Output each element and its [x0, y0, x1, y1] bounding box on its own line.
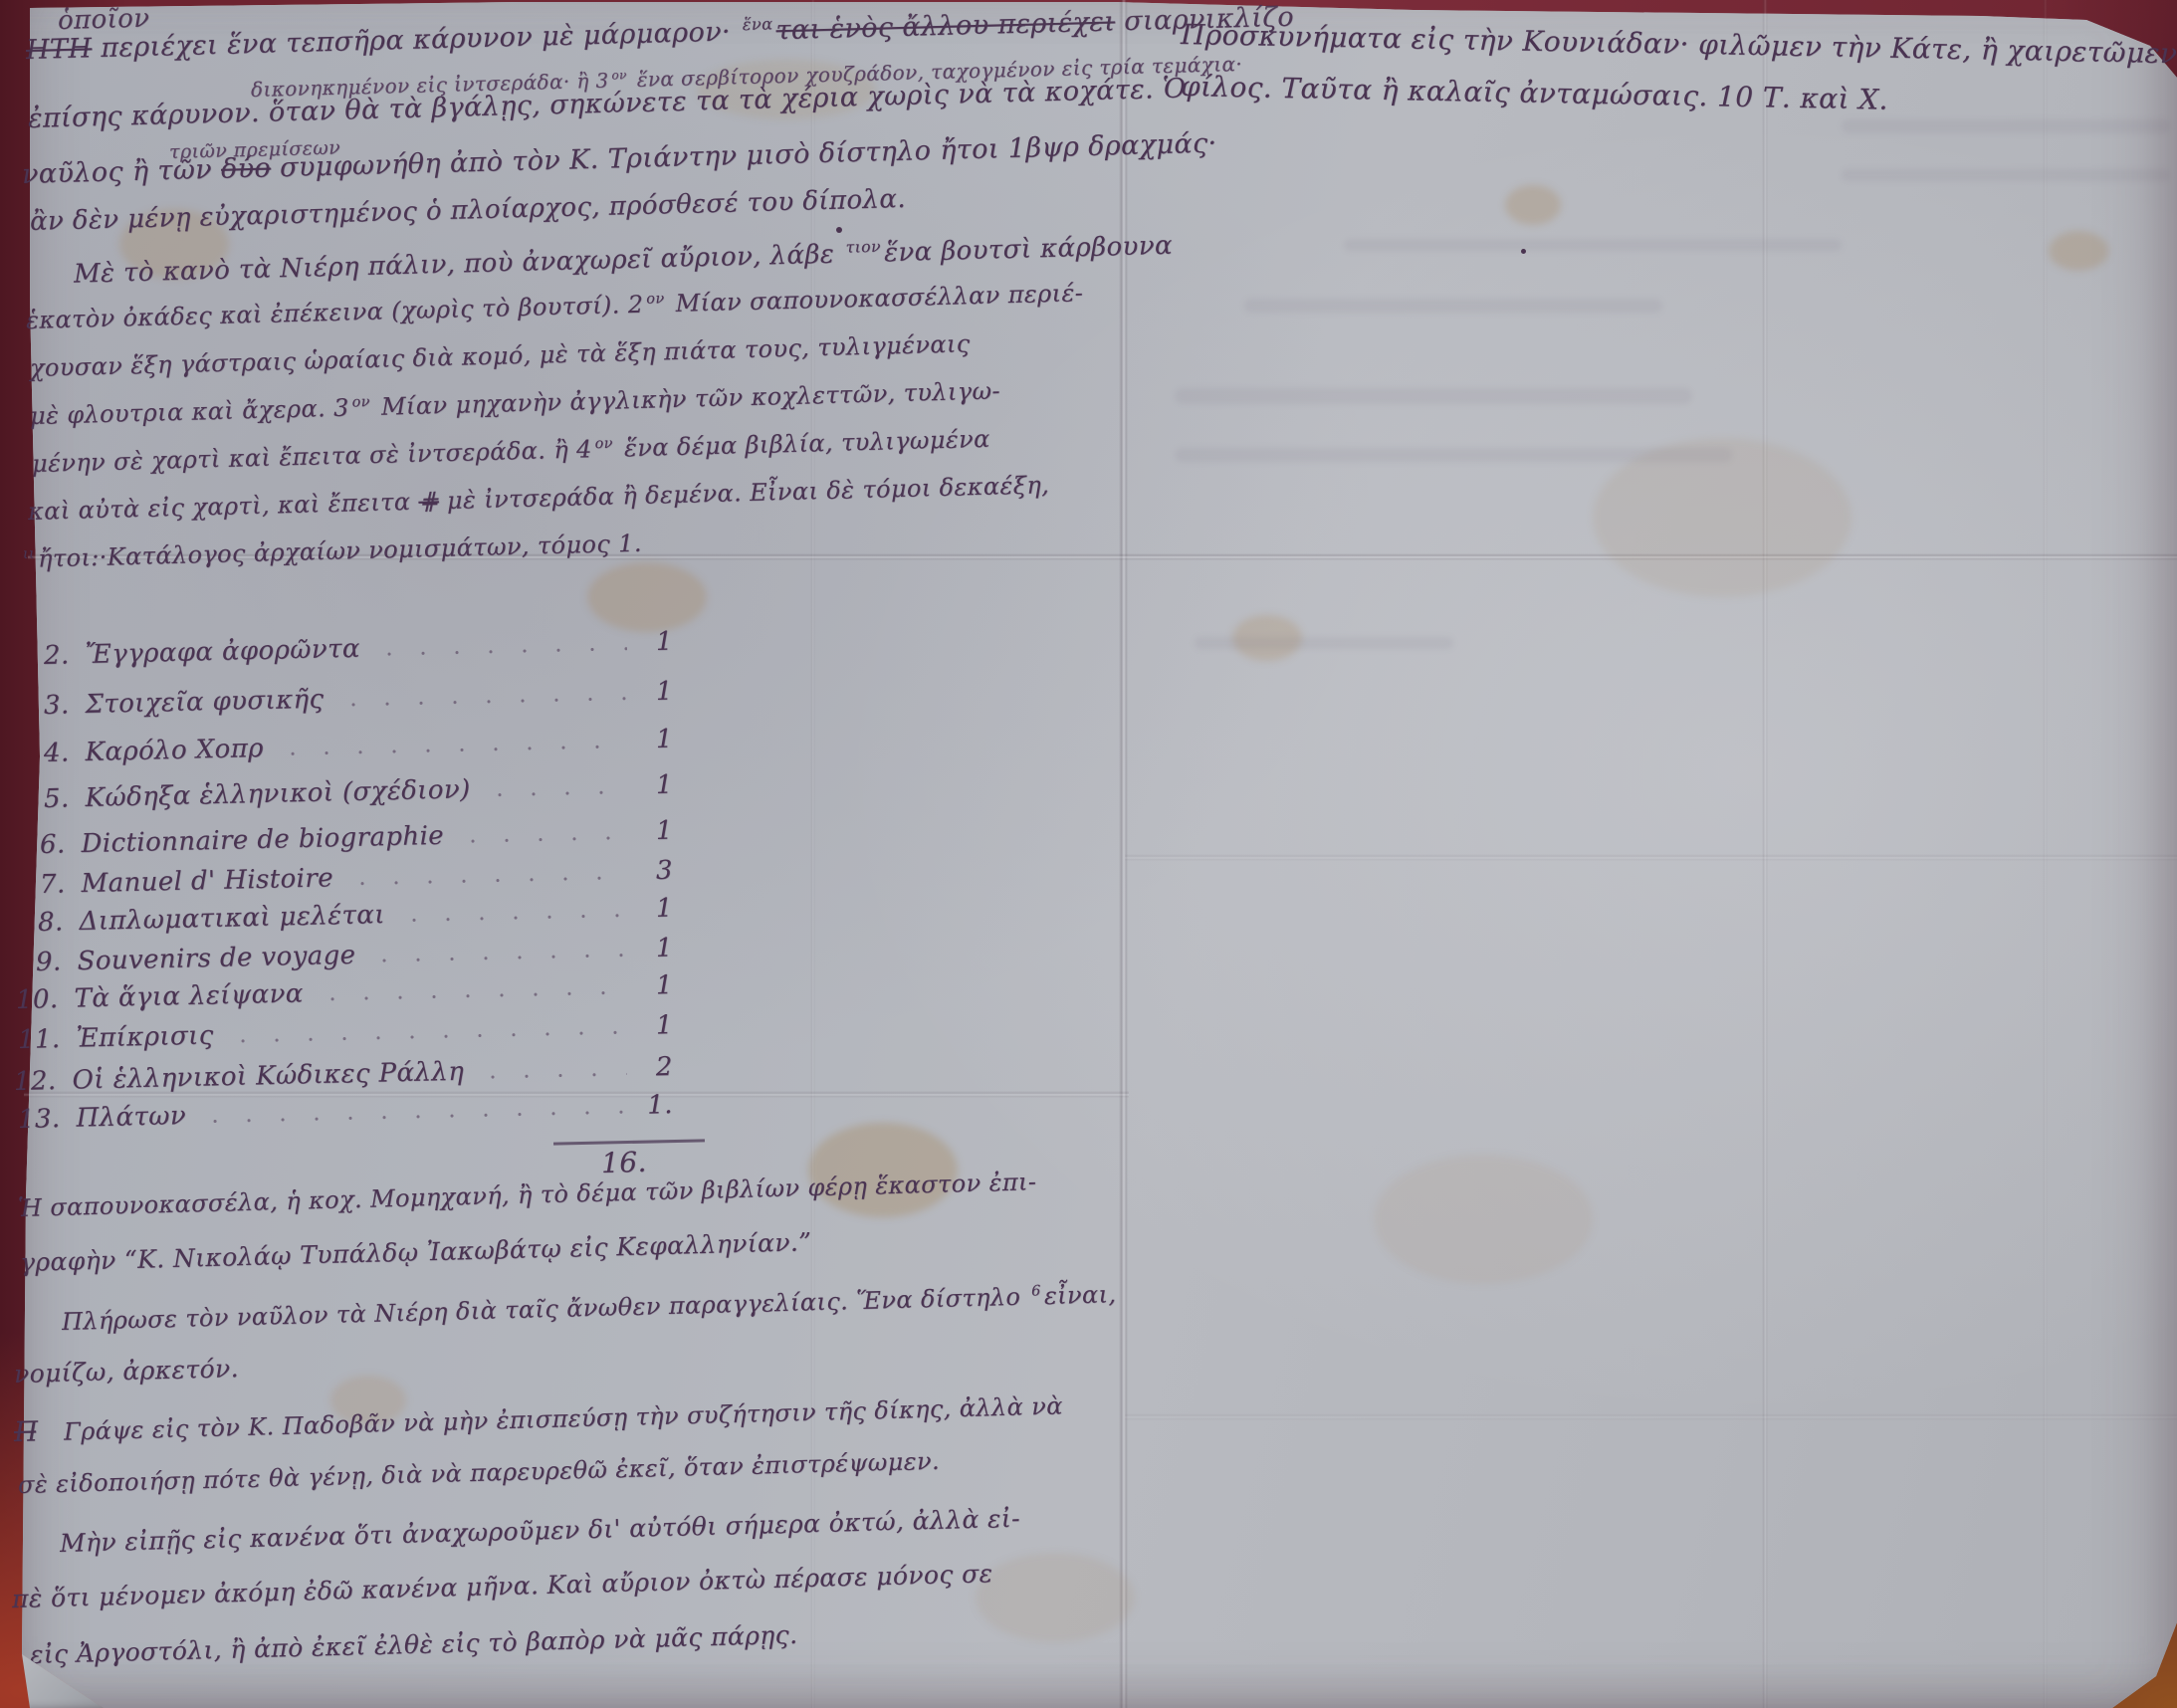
interlinear-superscript: ον	[646, 291, 665, 307]
list-item-volume-count: 1	[639, 894, 674, 925]
list-item-volume-count: 1	[639, 933, 674, 963]
struck-out-text: ΗΤΗ	[26, 33, 93, 66]
interlinear-superscript: τιον	[845, 238, 881, 257]
list-item-title: Καρόλο Χοπρ	[85, 734, 264, 767]
horizontal-fold-crease-right-half	[1125, 854, 2177, 861]
list-item-volume-count: 1	[638, 970, 673, 1001]
struck-out-text: δύο	[221, 152, 272, 184]
stain	[976, 1553, 1135, 1642]
stain	[587, 562, 707, 632]
list-item-number: 3.	[44, 690, 70, 721]
list-item-number: 5.	[44, 783, 70, 814]
struck-out-text: ⋕	[418, 487, 439, 516]
handwritten-text: ναῦλος ἢ τῶν	[22, 154, 222, 190]
list-item-number: 7.	[40, 869, 66, 900]
list-item-volume-count: 1	[639, 770, 674, 801]
para4-line2: νομίζω, ἀρκετόν.	[14, 1354, 240, 1388]
list-item-number: 2.	[44, 640, 70, 671]
stain	[1374, 1155, 1593, 1284]
list-item-volume-count: 1	[639, 677, 674, 708]
handwritten-text: εἶναι,	[1043, 1280, 1116, 1310]
list-total: 16.	[601, 1146, 648, 1179]
list-item-volume-count: 3	[639, 856, 674, 887]
list-item-number: 6.	[40, 829, 66, 860]
interlinear-superscript: ἕνα	[742, 14, 772, 34]
list-item-title: Souvenirs de voyage	[77, 941, 355, 976]
ink-showthrough	[1344, 239, 1842, 251]
list-item-number: 11.	[18, 1024, 61, 1055]
list-item-number: 13.	[18, 1104, 61, 1135]
list-item-volume-count: 1.	[638, 1090, 673, 1121]
list-item-volume-count: 1	[639, 816, 674, 847]
stain	[1593, 438, 1851, 597]
stain	[2049, 231, 2108, 271]
list-item-title: Ἐπίκρισις	[76, 1021, 214, 1054]
list-item-title: Manuel d' Histoire	[81, 863, 333, 899]
interlinear-superscript: 6	[1031, 1283, 1041, 1299]
interlinear-superscript: ον	[351, 394, 370, 410]
ink-showthrough	[1175, 448, 1732, 462]
ink-showthrough	[1195, 637, 1453, 649]
list-item-title: Στοιχεῖα φυσικῆς	[85, 685, 325, 720]
list-item-title: Ἔγγραφα ἀφορῶντα	[85, 634, 360, 670]
ink-showthrough	[1842, 169, 2170, 181]
list-item-volume-count: 1	[638, 1010, 673, 1041]
list-item-volume-count: 2	[638, 1052, 673, 1083]
horizontal-fold-crease-right-lower	[1125, 1413, 2177, 1420]
list-item-volume-count: 1	[639, 627, 674, 658]
ink-showthrough	[1175, 388, 1692, 404]
ink-showthrough	[1842, 119, 2170, 133]
ink-showthrough	[1244, 299, 1662, 313]
list-item-volume-count: 1	[639, 725, 674, 755]
list-item-number: 12.	[14, 1066, 57, 1097]
interlinear-superscript: ον	[611, 68, 627, 82]
photographed-manuscript-letter: ὁποῖονΗΤΗ περιέχει ἕνα τεπσῆρα κάρυνον μ…	[0, 0, 2177, 1708]
handwritten-text: νομίζω, ἀρκετόν.	[14, 1354, 240, 1388]
interlinear-superscript: ον	[594, 436, 613, 452]
interlinear-superscript: ιι	[23, 546, 36, 562]
list-item-number: 8.	[38, 907, 64, 938]
list-item-title: Πλάτων	[76, 1101, 186, 1133]
list-item-title: Τὰ ἅγια λείψανα	[74, 978, 304, 1013]
list-item-number: 10.	[16, 984, 59, 1015]
handwritten-text: Π	[14, 1414, 37, 1448]
ink-dot	[1521, 249, 1526, 254]
stain	[1505, 185, 1561, 225]
list-item-number: 4.	[44, 738, 70, 768]
list-item-number: 9.	[36, 947, 62, 977]
ink-dot	[836, 227, 842, 233]
